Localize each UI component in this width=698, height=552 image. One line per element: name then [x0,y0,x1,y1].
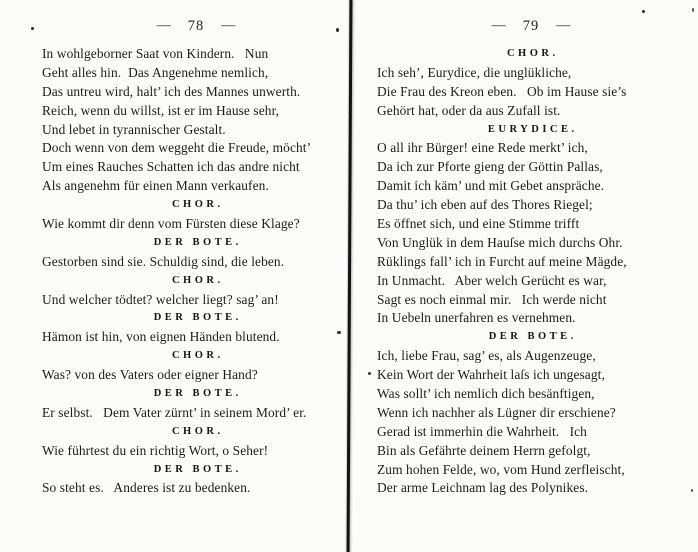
verse-line: Bin als Gefährte deinem Herrn gefolgt, [377,442,685,461]
verse-line: Kein Wort der Wahrheit laſs ich ungesagt… [377,366,685,385]
header-dash: — [221,18,235,33]
ink-speck [31,27,34,30]
ink-speck [692,8,694,12]
verse-line: Zum hohen Felde, wo, vom Hund zerfleisch… [377,461,685,480]
page-header: —78— [42,16,350,36]
verse-line: Das untreu wird, halt’ ich des Mannes un… [42,83,350,102]
speaker-heading: DER BOTE. [377,328,685,347]
verse-line: Gerad ist immerhin die Wahrheit. Ich [377,423,685,442]
speaker-heading: EURYDICE. [377,121,685,140]
verse-line: Die Frau des Kreon eben. Ob im Hause sie… [377,83,685,102]
page-header: —79— [377,16,685,36]
speaker-heading: CHOR. [377,45,685,64]
verse-line: Um eines Rauches Schatten ich das andre … [42,158,350,177]
page-text: CHOR.Ich seh’, Eurydice, die unglükliche… [377,45,685,498]
speaker-heading: CHOR. [42,423,350,442]
verse-line: Und welcher tödtet? welcher liegt? sag’ … [42,291,350,310]
verse-line: Rüklings fall’ ich in Furcht auf meine M… [377,253,685,272]
page-number: 79 [523,18,540,34]
verse-line: Doch wenn von dem weggeht die Freude, mö… [42,139,350,158]
ink-speck [642,10,645,13]
verse-line: Was sollt’ ich nemlich dich besänftigen, [377,385,685,404]
book-scan: —78— In wohlgeborner Saat von Kindern. N… [0,0,698,552]
verse-line: Wie führtest du ein richtig Wort, o Sehe… [42,442,350,461]
verse-line: Hämon ist hin, von eignen Händen blutend… [42,328,350,347]
speaker-heading: CHOR. [42,272,350,291]
header-dash: — [492,18,506,33]
verse-line: Geht alles hin. Das Angenehme nemlich, [42,64,350,83]
verse-line: Ich seh’, Eurydice, die unglükliche, [377,64,685,83]
verse-line: Wie kommt dir denn vom Fürsten diese Kla… [42,215,350,234]
verse-line: Der arme Leichnam lag des Polynikes. [377,479,685,498]
verse-line: Als angenehm für einen Mann verkaufen. [42,177,350,196]
verse-line: Gestorben sind sie. Schuldig sind, die l… [42,253,350,272]
header-dash: — [556,18,570,33]
page-text: In wohlgeborner Saat von Kindern. NunGeh… [42,45,350,498]
verse-line: So steht es. Anderes ist zu bedenken. [42,479,350,498]
page-left: —78— In wohlgeborner Saat von Kindern. N… [42,16,350,498]
verse-line: Und lebet in tyrannischer Gestalt. [42,121,350,140]
speaker-heading: DER BOTE. [42,309,350,328]
verse-line: Was? von des Vaters oder eigner Hand? [42,366,350,385]
speaker-heading: DER BOTE. [42,385,350,404]
verse-line: Reich, wenn du willst, ist er im Hause s… [42,102,350,121]
verse-line: Wenn ich nachher als Lügner dir erschien… [377,404,685,423]
ink-speck [368,372,371,375]
verse-line: Gehört hat, oder da aus Zufall ist. [377,102,685,121]
ink-speck [691,489,693,492]
verse-line: Da thu’ ich eben auf des Thores Riegel; [377,196,685,215]
speaker-heading: DER BOTE. [42,461,350,480]
verse-line: In Unmacht. Aber welch Gerücht es war, [377,272,685,291]
page-right: —79— CHOR.Ich seh’, Eurydice, die unglük… [377,16,685,498]
verse-line: Von Unglük in dem Hauſse mich durchs Ohr… [377,234,685,253]
verse-line: Sagt es noch einmal mir. Ich werde nicht [377,291,685,310]
verse-line: In Uebeln unerfahren es vernehmen. [377,309,685,328]
verse-line: O all ihr Bürger! eine Rede merkt’ ich, [377,139,685,158]
header-dash: — [157,18,171,33]
speaker-heading: DER BOTE. [42,234,350,253]
verse-line: Damit ich käm’ und mit Gebet anspräche. [377,177,685,196]
verse-line: Es öffnet sich, und eine Stimme trifft [377,215,685,234]
page-number: 78 [188,18,205,34]
verse-line: Ich, liebe Frau, sag’ es, als Augenzeuge… [377,347,685,366]
speaker-heading: CHOR. [42,347,350,366]
verse-line: Er selbst. Dem Vater zürnt’ in seinem Mo… [42,404,350,423]
verse-line: Da ich zur Pforte gieng der Göttin Palla… [377,158,685,177]
verse-line: In wohlgeborner Saat von Kindern. Nun [42,45,350,64]
speaker-heading: CHOR. [42,196,350,215]
